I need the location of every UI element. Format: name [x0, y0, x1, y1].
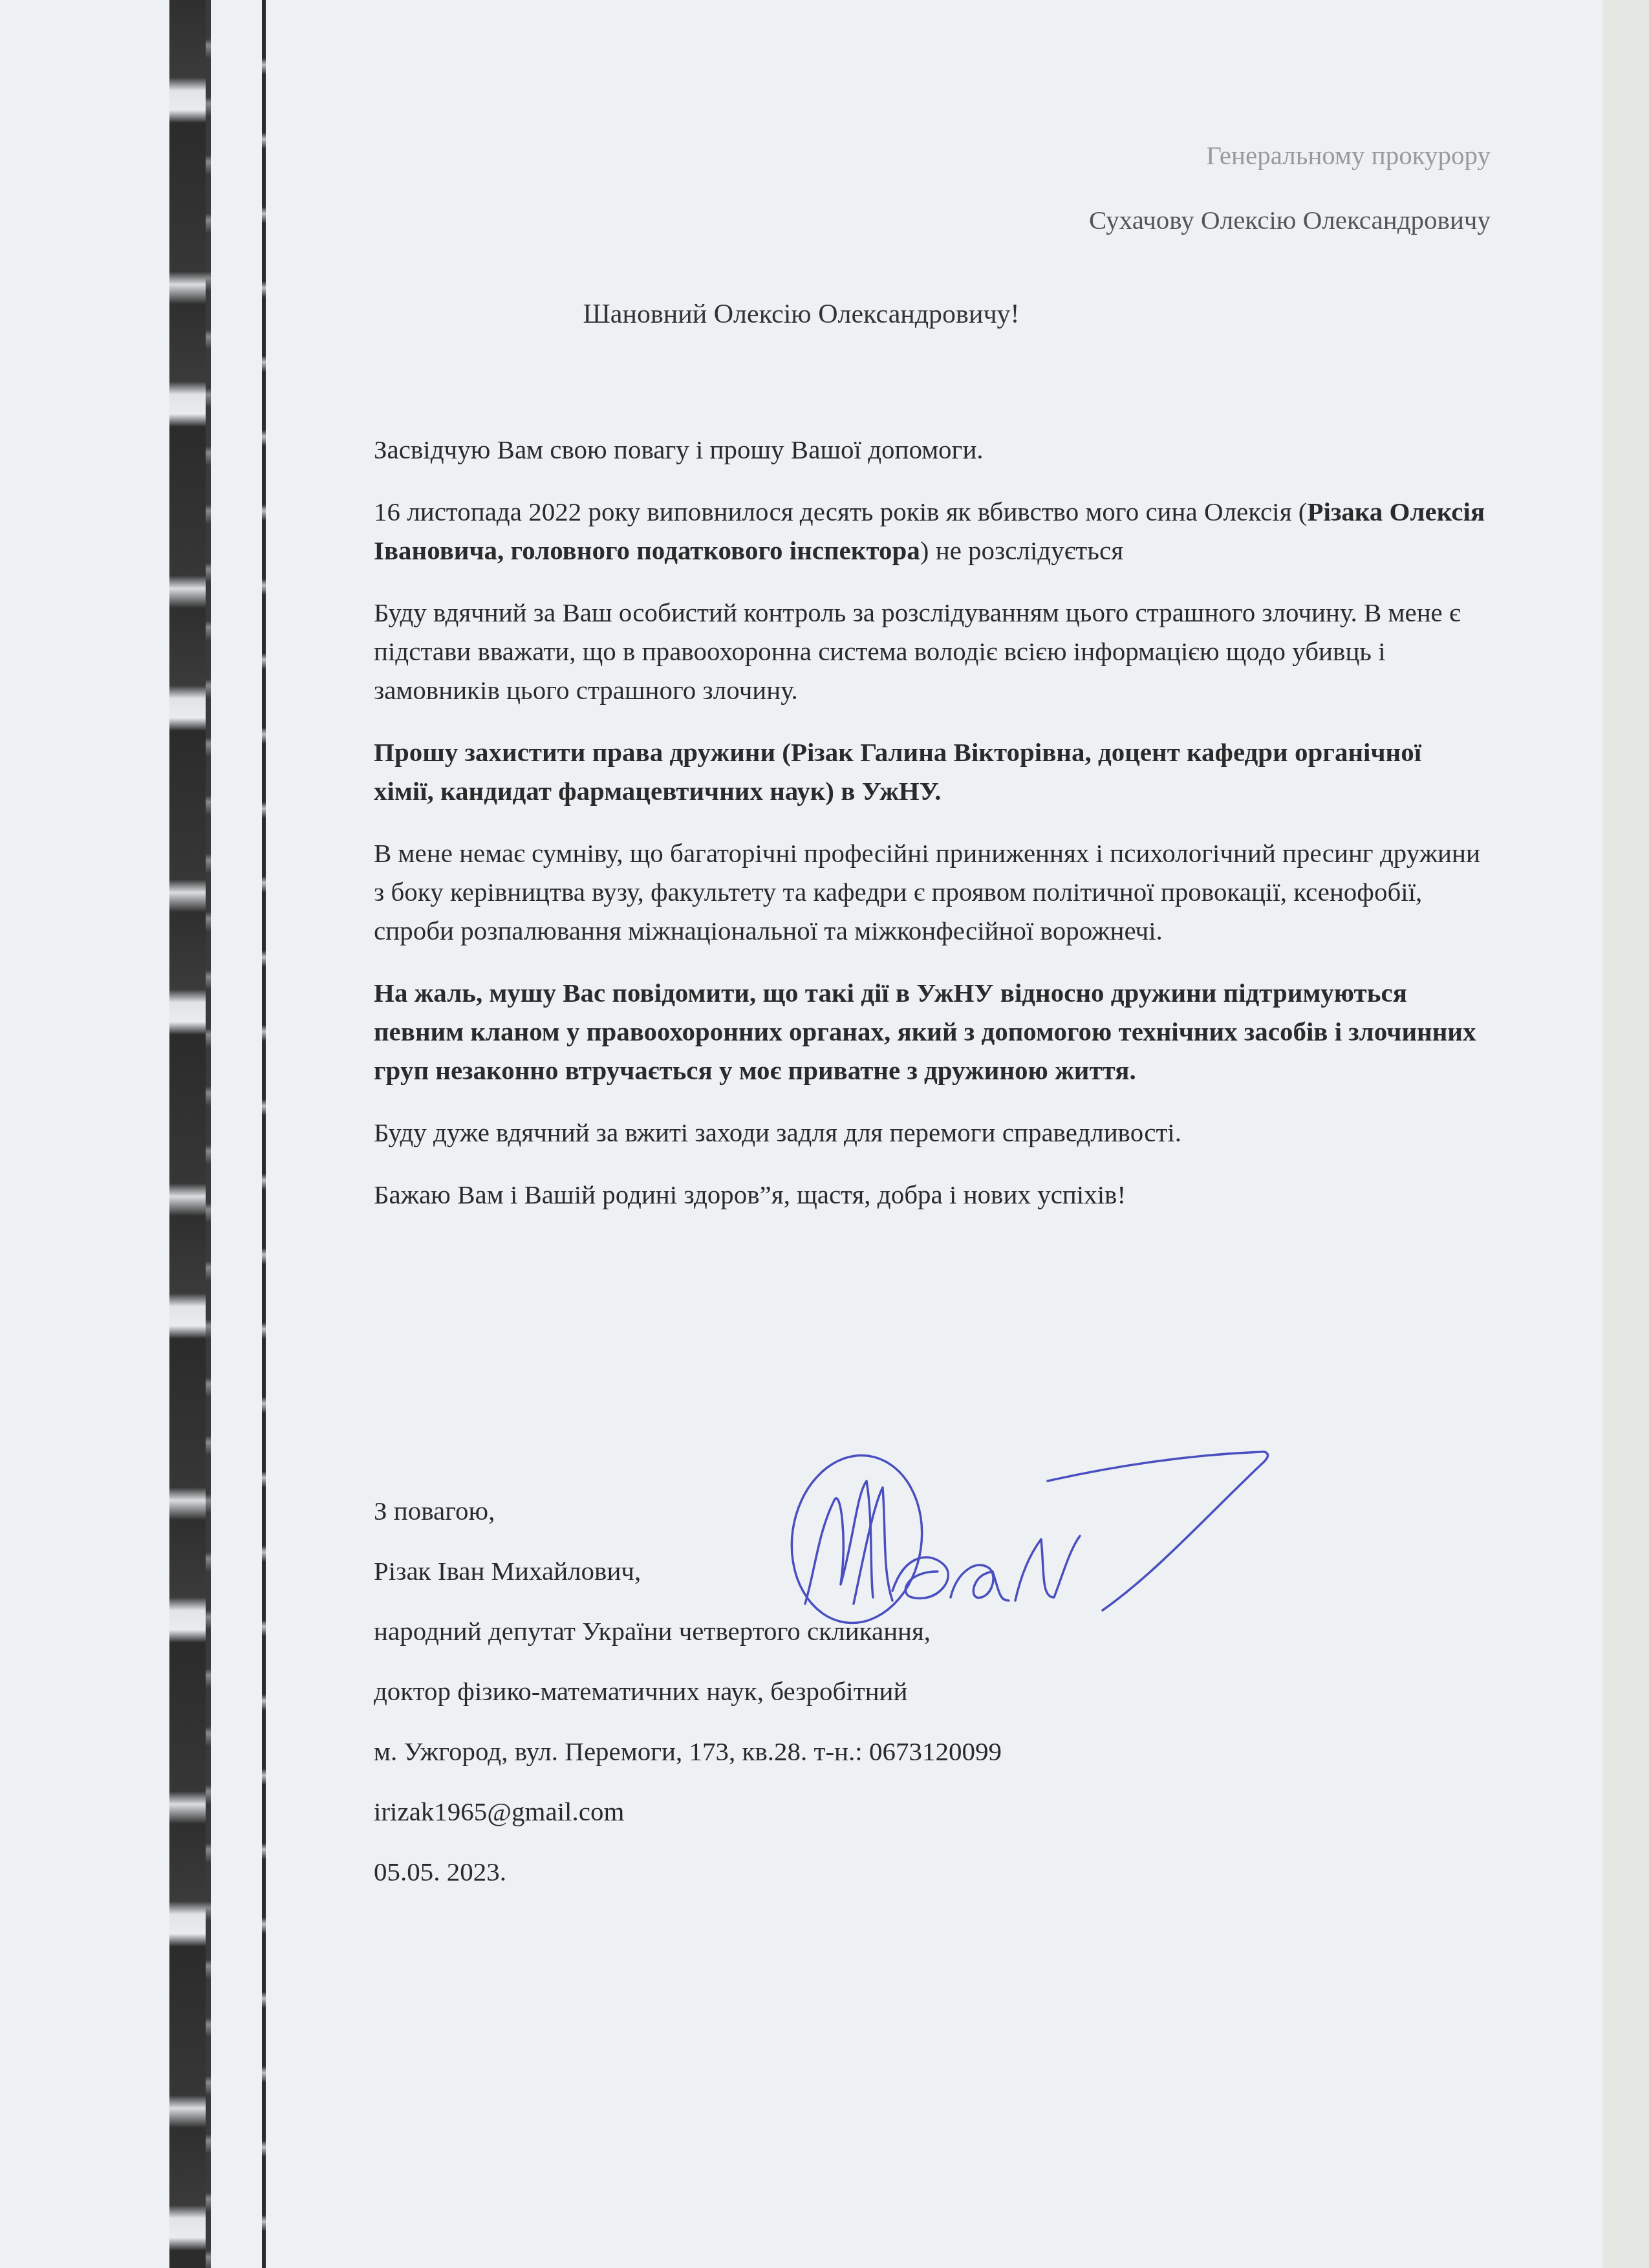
scan-margin-streak-thin [206, 0, 211, 2268]
salutation: Шановний Олексію Олександровичу! [0, 299, 1602, 330]
sender-title-deputy: народний депутат України четвертого скли… [374, 1601, 1002, 1661]
paragraph-clan: На жаль, мушу Вас повідомити, що такі ді… [374, 973, 1486, 1090]
scan-margin-line [262, 0, 266, 2268]
paragraph-gratitude: Буду дуже вдячний за вжиті заходи задля … [374, 1113, 1486, 1152]
p2-end: ) не розслідується [920, 535, 1123, 565]
sender-title-degree: доктор фізико-математичних наук, безробі… [374, 1661, 1002, 1722]
paragraph-wishes: Бажаю Вам і Вашій родині здоров”я, щастя… [374, 1175, 1486, 1214]
letter-date: 05.05. 2023. [374, 1842, 1002, 1902]
sender-name: Різак Іван Михайлович, [374, 1541, 1002, 1601]
p2-start: 16 листопада 2022 року виповнилося десят… [374, 497, 1307, 526]
addressee-position: Генеральному прокурору [1089, 123, 1491, 188]
addressee-block: Генеральному прокурору Сухачову Олексію … [1089, 123, 1491, 252]
closing-regards: З повагою, [374, 1481, 1002, 1541]
paragraph-respect: Засвідчую Вам свою повагу і прошу Вашої … [374, 430, 1486, 469]
addressee-name: Сухачову Олексію Олександровичу [1089, 188, 1491, 252]
letter-body: Засвідчую Вам свою повагу і прошу Вашої … [374, 430, 1486, 1237]
scan-edge [1602, 0, 1649, 2268]
sender-address: м. Ужгород, вул. Перемоги, 173, кв.28. т… [374, 1722, 1002, 1782]
paragraph-son-murder: 16 листопада 2022 року виповнилося десят… [374, 492, 1486, 570]
sender-email: irizak1965@gmail.com [374, 1782, 1002, 1842]
paragraph-wife-rights: Прошу захистити права дружини (Різак Гал… [374, 733, 1486, 810]
paragraph-control-request: Буду вдячний за Ваш особистий контроль з… [374, 593, 1486, 709]
scan-margin-streak [169, 0, 210, 2268]
closing-block: З повагою, Різак Іван Михайлович, народн… [374, 1481, 1002, 1902]
paragraph-pressure: В мене немає сумніву, що багаторічні про… [374, 834, 1486, 950]
